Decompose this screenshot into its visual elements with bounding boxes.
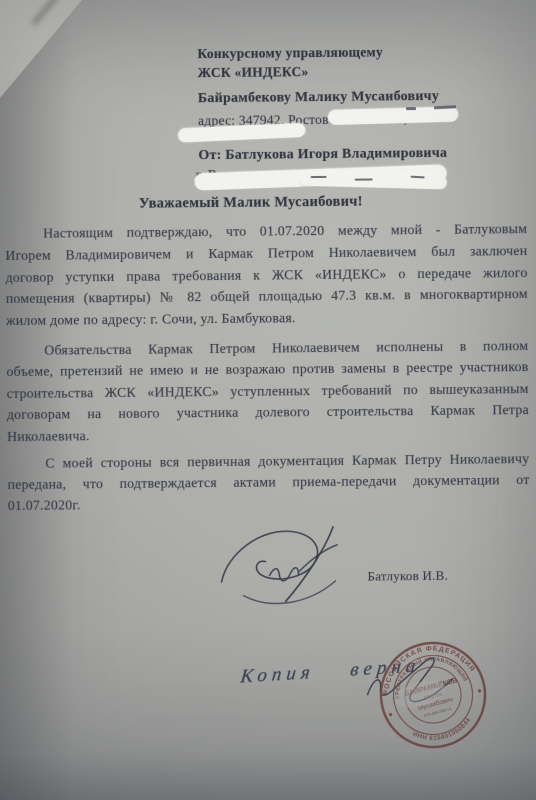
stamp-dot bbox=[389, 713, 393, 717]
paragraph-1: Настоящим подтверждаю, что 01.07.2020 ме… bbox=[5, 218, 528, 332]
redaction-peek-text bbox=[406, 107, 416, 110]
salutation: Уважаемый Малик Мусаибович! bbox=[139, 194, 363, 213]
sender-from-line: От: Батлукова Игоря Владимировича bbox=[198, 143, 528, 165]
sender-block: От: Батлукова Игоря Владимировича bbox=[198, 143, 528, 165]
document-photo: Конкурсному управляющему ЖСК «ИНДЕКС» Ба… bbox=[0, 0, 536, 800]
redaction-peek-text bbox=[355, 178, 373, 180]
recipient-role-line2: ЖСК «ИНДЕКС» bbox=[198, 60, 528, 82]
signature-ink bbox=[207, 514, 383, 616]
body-line: жилом доме по адресу: г. Сочи, ул. Бамбу… bbox=[6, 305, 528, 332]
signatory-name: Батлуков И.В. bbox=[367, 568, 448, 585]
body-line: Николаевича. bbox=[7, 421, 529, 448]
redaction-peek-text bbox=[311, 176, 327, 178]
letter-body: Настоящим подтверждаю, что 01.07.2020 ме… bbox=[5, 218, 530, 516]
paragraph-3: С моей стороны вся первичная документаци… bbox=[7, 449, 530, 516]
paragraph-2: Обязательства Кармак Петром Николаевичем… bbox=[6, 335, 529, 448]
redaction-mark-address2 bbox=[178, 123, 305, 143]
stamp-dot bbox=[478, 689, 482, 693]
recipient-name: Байрамбекову Малику Мусаибовичу bbox=[198, 86, 528, 108]
